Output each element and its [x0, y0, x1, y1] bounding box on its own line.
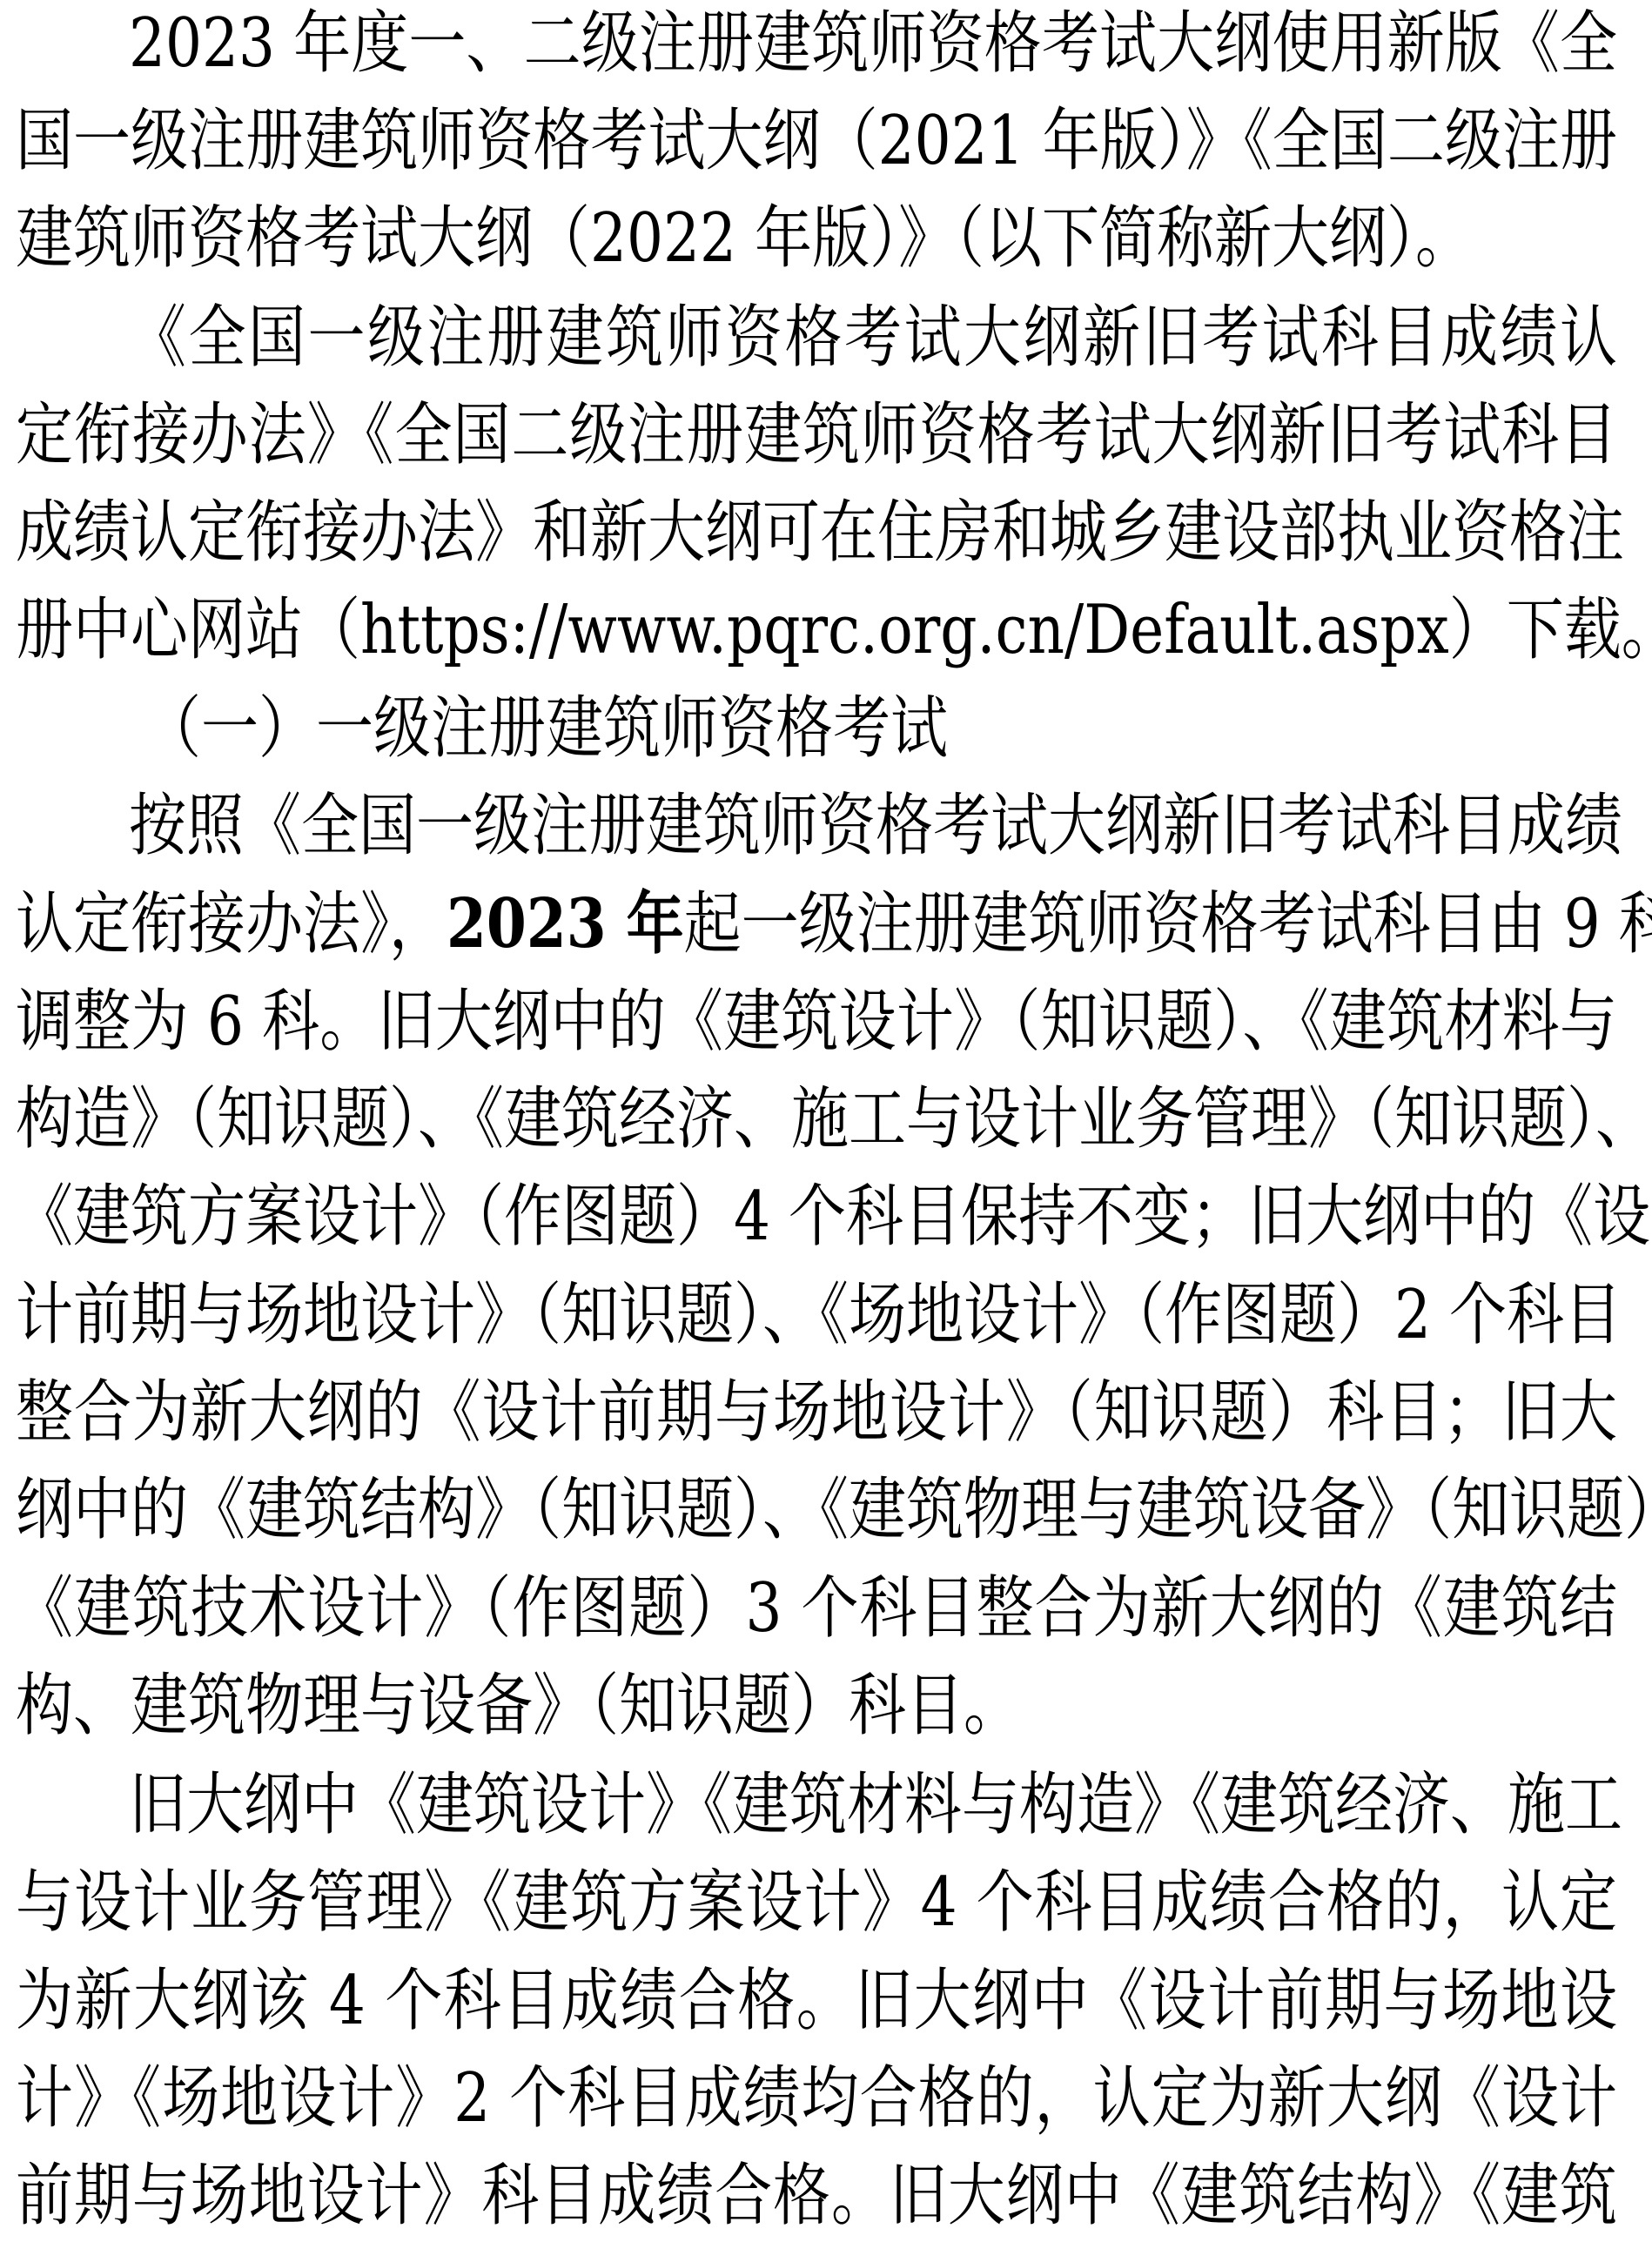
paragraph-subjects-line-2: 认定衔接办法》，2023 年起一级注册建筑师资格考试科目由 9 科	[16, 872, 1617, 975]
paragraph-download-line-3: 成绩认定衔接办法》和新大纲可在住房和城乡建设部执业资格注	[16, 481, 1617, 584]
paragraph-score-line-1: 旧大纲中《建筑设计》《建筑材料与构造》《建筑经济、施工	[129, 1754, 1617, 1856]
paragraph-score-line-4: 计》《场地设计》2 个科目成绩均合格的，认定为新大纲《设计	[16, 2047, 1617, 2150]
paragraph-subjects-line-9: 《建筑技术设计》（作图题）3 个科目整合为新大纲的《建筑结	[16, 1557, 1617, 1660]
bold-year: 2023 年	[447, 883, 684, 963]
paragraph-download-line-2: 定衔接办法》《全国二级注册建筑师资格考试大纲新旧考试科目	[16, 384, 1617, 487]
paragraph-subjects-line-1: 按照《全国一级注册建筑师资格考试大纲新旧考试科目成绩	[129, 775, 1617, 877]
paragraph-subjects-line-4: 构造》（知识题）、《建筑经济、施工与设计业务管理》（知识题）、	[16, 1068, 1617, 1171]
document-page: 2023 年度一、二级注册建筑师资格考试大纲使用新版《全 国一级注册建筑师资格考…	[0, 0, 1652, 2242]
paragraph-intro-line-1: 2023 年度一、二级注册建筑师资格考试大纲使用新版《全	[129, 0, 1617, 95]
text-segment: 起一级注册建筑师资格考试科目由 9 科	[684, 884, 1652, 963]
paragraph-subjects-line-8: 纲中的《建筑结构》（知识题）、《建筑物理与建筑设备》（知识题）、	[16, 1459, 1617, 1561]
paragraph-download-line-1: 《全国一级注册建筑师资格考试大纲新旧考试科目成绩认	[129, 286, 1617, 389]
paragraph-intro-line-2: 国一级注册建筑师资格考试大纲（2021 年版）》《全国二级注册	[16, 90, 1617, 192]
paragraph-subjects-line-7: 整合为新大纲的《设计前期与场地设计》（知识题）科目；旧大	[16, 1361, 1617, 1464]
section-heading: （一）一级注册建筑师资格考试	[144, 677, 1014, 780]
paragraph-subjects-line-10: 构、建筑物理与设备》（知识题）科目。	[16, 1655, 1617, 1757]
paragraph-intro-line-3: 建筑师资格考试大纲（2022 年版）》（以下简称新大纲）。	[16, 187, 1617, 290]
paragraph-subjects-line-5: 《建筑方案设计》（作图题）4 个科目保持不变；旧大纲中的《设	[16, 1165, 1617, 1268]
paragraph-score-line-3: 为新大纲该 4 个科目成绩合格。旧大纲中《设计前期与场地设	[16, 1950, 1617, 2052]
paragraph-subjects-line-6: 计前期与场地设计》（知识题）、《场地设计》（作图题）2 个科目	[16, 1264, 1617, 1366]
paragraph-score-line-5: 前期与场地设计》科目成绩合格。旧大纲中《建筑结构》《建筑	[16, 2145, 1617, 2242]
paragraph-score-line-2: 与设计业务管理》《建筑方案设计》4 个科目成绩合格的，认定	[16, 1851, 1617, 1954]
paragraph-subjects-line-3: 调整为 6 科。旧大纲中的《建筑设计》（知识题）、《建筑材料与	[16, 970, 1617, 1073]
text-segment: 认定衔接办法》，	[16, 884, 447, 963]
paragraph-download-line-4-with-url: 册中心网站（https://www.pqrc.org.cn/Default.as…	[16, 579, 1617, 681]
